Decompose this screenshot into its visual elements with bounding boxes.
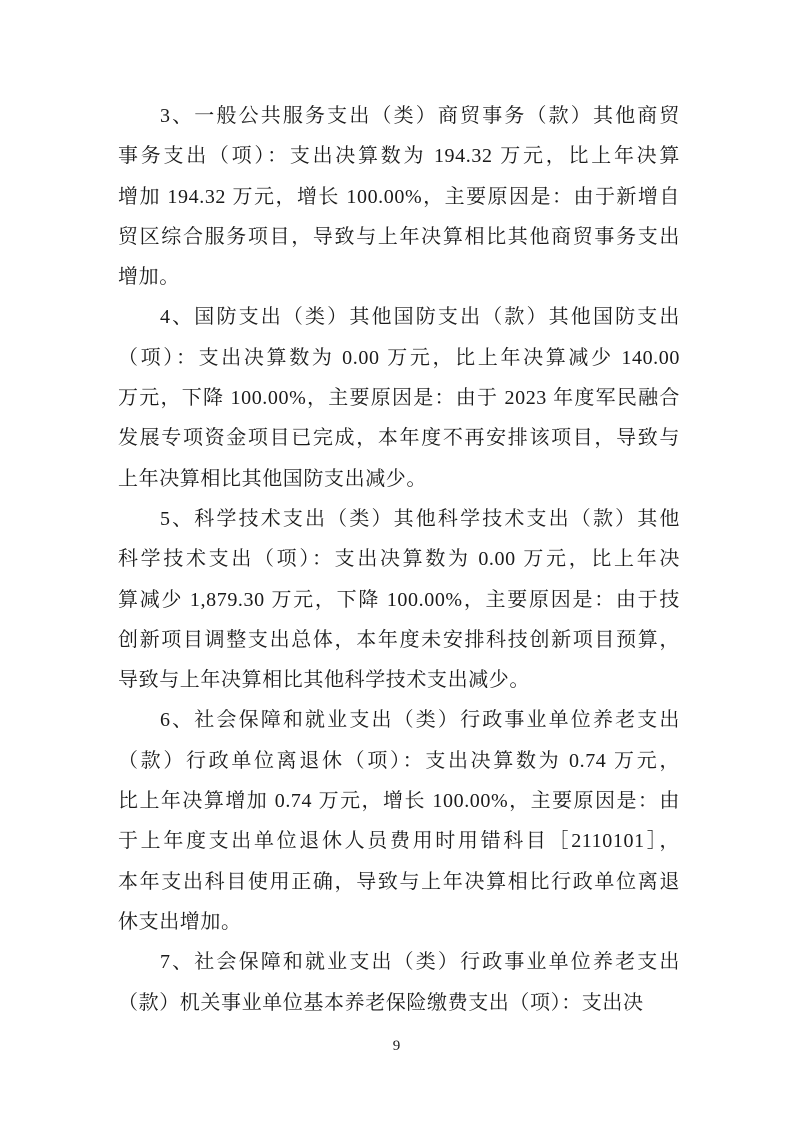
paragraph: 4、国防支出（类）其他国防支出（款）其他国防支出（项）：支出决算数为 0.00 … [118,297,680,498]
text-line: 本年支出科目使用正确，导致与上年决算相比行政单位离退 [118,862,680,902]
text-line: 算减少 1,879.30 万元，下降 100.00%，主要原因是：由于技 [118,580,680,620]
text-line: （款）行政单位离退休（项）：支出决算数为 0.74 万元， [118,741,680,781]
text-line: 7、社会保障和就业支出（类）行政事业单位养老支出 [118,942,680,982]
paragraph: 6、社会保障和就业支出（类）行政事业单位养老支出（款）行政单位离退休（项）：支出… [118,700,680,942]
text-line: 4、国防支出（类）其他国防支出（款）其他国防支出 [118,297,680,337]
document-page: 3、一般公共服务支出（类）商贸事务（款）其他商贸事务支出（项）：支出决算数为 1… [0,0,793,1122]
text-line: 科学技术支出（项）：支出决算数为 0.00 万元，比上年决 [118,539,680,579]
text-line: 上年决算相比其他国防支出减少。 [118,459,680,499]
document-body: 3、一般公共服务支出（类）商贸事务（款）其他商贸事务支出（项）：支出决算数为 1… [118,96,680,1023]
page-number: 9 [0,1036,793,1056]
text-line: 3、一般公共服务支出（类）商贸事务（款）其他商贸 [118,96,680,136]
text-line: 于上年度支出单位退休人员费用时用错科目［2110101］， [118,821,680,861]
text-line: 贸区综合服务项目，导致与上年决算相比其他商贸事务支出 [118,217,680,257]
text-line: 发展专项资金项目已完成，本年度不再安排该项目，导致与 [118,418,680,458]
text-line: 休支出增加。 [118,902,680,942]
text-line: 5、科学技术支出（类）其他科学技术支出（款）其他 [118,499,680,539]
text-line: （款）机关事业单位基本养老保险缴费支出（项）：支出决 [118,983,680,1023]
text-line: 万元，下降 100.00%，主要原因是：由于 2023 年度军民融合 [118,378,680,418]
paragraph: 3、一般公共服务支出（类）商贸事务（款）其他商贸事务支出（项）：支出决算数为 1… [118,96,680,297]
text-line: 导致与上年决算相比其他科学技术支出减少。 [118,660,680,700]
text-line: 创新项目调整支出总体，本年度未安排科技创新项目预算， [118,620,680,660]
text-line: 6、社会保障和就业支出（类）行政事业单位养老支出 [118,700,680,740]
text-line: 增加。 [118,257,680,297]
text-line: 增加 194.32 万元，增长 100.00%，主要原因是：由于新增自 [118,177,680,217]
paragraph: 5、科学技术支出（类）其他科学技术支出（款）其他科学技术支出（项）：支出决算数为… [118,499,680,700]
text-line: （项）：支出决算数为 0.00 万元，比上年决算减少 140.00 [118,338,680,378]
paragraph: 7、社会保障和就业支出（类）行政事业单位养老支出（款）机关事业单位基本养老保险缴… [118,942,680,1023]
text-line: 事务支出（项）：支出决算数为 194.32 万元，比上年决算 [118,136,680,176]
text-line: 比上年决算增加 0.74 万元，增长 100.00%，主要原因是：由 [118,781,680,821]
